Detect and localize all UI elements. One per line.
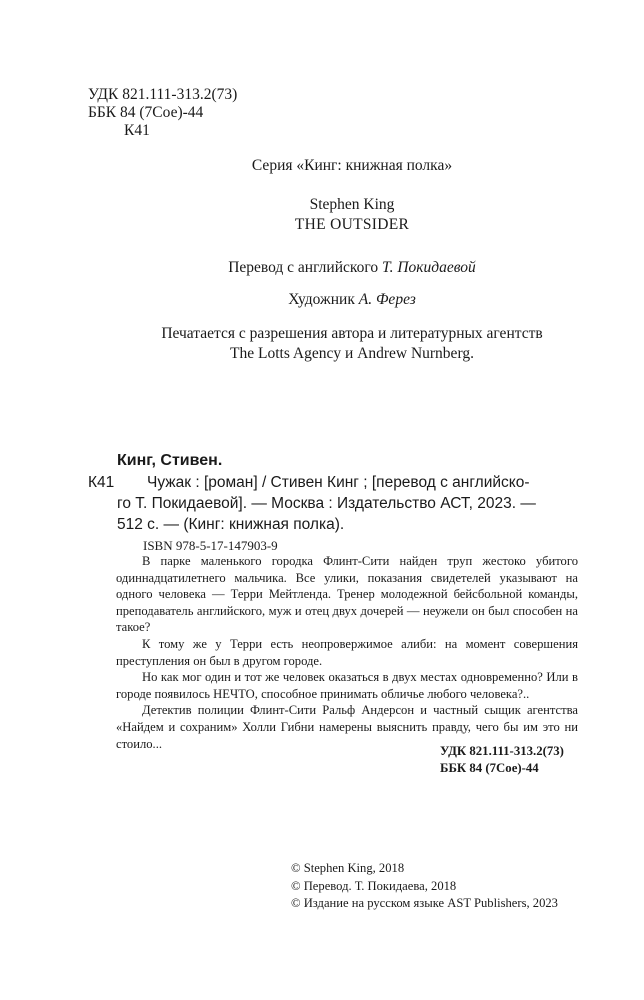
- record-heading: Кинг, Стивен.: [117, 452, 222, 470]
- artist-name: А. Ферез: [359, 291, 416, 308]
- artist-line: Художник А. Ферез: [30, 291, 644, 309]
- record-author-mark: К41: [88, 472, 114, 493]
- annotation-paragraph: Но как мог один и тот же человек оказать…: [116, 669, 578, 702]
- permission-line-2: The Lotts Agency и Andrew Nurnberg.: [30, 344, 644, 364]
- record-line-3: 512 с. — (Кинг: книжная полка).: [117, 514, 576, 535]
- copyright-notices: © Stephen King, 2018 © Перевод. Т. Покид…: [291, 860, 558, 913]
- isbn: ISBN 978-5-17-147903-9: [143, 538, 278, 554]
- permission-line-1: Печатается с разрешения автора и литерат…: [30, 324, 644, 344]
- annotation-paragraph: В парке маленького городка Флинт-Сити на…: [116, 553, 578, 636]
- permission-notice: Печатается с разрешения автора и литерат…: [30, 324, 644, 364]
- record-line-2: го Т. Покидаевой]. — Москва : Издательст…: [117, 493, 576, 514]
- udk-code: УДК 821.111-313.2(73): [88, 86, 237, 104]
- original-author: Stephen King: [30, 196, 644, 214]
- artist-label: Художник: [288, 291, 355, 308]
- author-mark: К41: [88, 122, 237, 140]
- udk-code-bottom: УДК 821.111-313.2(73): [440, 743, 564, 760]
- translator-name: Т. Покидаевой: [382, 259, 476, 276]
- copyright-line: © Stephen King, 2018: [291, 860, 558, 878]
- copyright-line: © Перевод. Т. Покидаева, 2018: [291, 878, 558, 896]
- record-line-1: Чужак : [роман] / Стивен Кинг ; [перевод…: [117, 472, 576, 493]
- annotation-paragraph: К тому же у Терри есть неопровержимое ал…: [116, 636, 578, 669]
- series-line: Серия «Кинг: книжная полка»: [30, 157, 644, 175]
- bbk-code: ББК 84 (7Сое)-44: [88, 104, 237, 122]
- translator-line: Перевод с английского Т. Покидаевой: [30, 259, 644, 277]
- copyright-line: © Издание на русском языке AST Publisher…: [291, 895, 558, 913]
- original-title: THE OUTSIDER: [30, 216, 644, 234]
- classification-codes-bottom: УДК 821.111-313.2(73) ББК 84 (7Сое)-44: [440, 743, 564, 777]
- annotation: В парке маленького городка Флинт-Сити на…: [116, 553, 578, 752]
- bibliographic-record: К41 Чужак : [роман] / Стивен Кинг ; [пер…: [88, 472, 576, 535]
- classification-codes-top: УДК 821.111-313.2(73) ББК 84 (7Сое)-44 К…: [88, 86, 237, 140]
- translator-label: Перевод с английского: [228, 259, 378, 276]
- record-description: Чужак : [роман] / Стивен Кинг ; [перевод…: [117, 472, 576, 535]
- bbk-code-bottom: ББК 84 (7Сое)-44: [440, 760, 564, 777]
